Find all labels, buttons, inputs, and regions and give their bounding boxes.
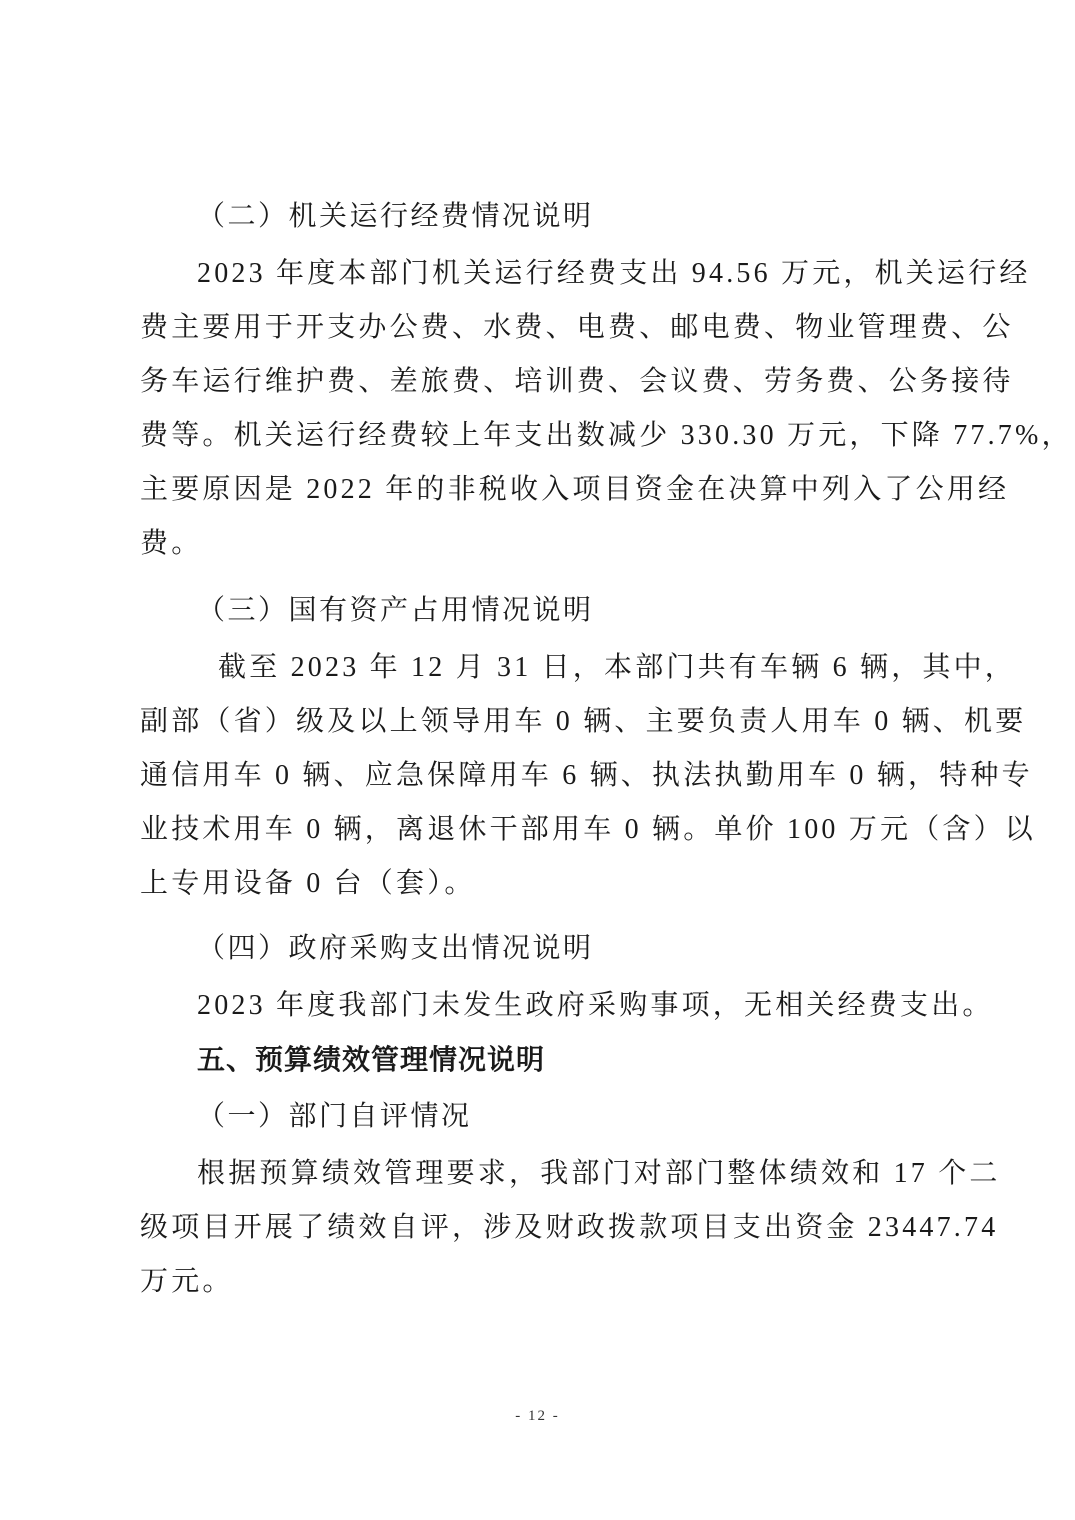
section-heading-operating-expenses: （二）机关运行经费情况说明 bbox=[197, 199, 997, 233]
paragraph-line: 费主要用于开支办公费、水费、电费、邮电费、物业管理费、公 bbox=[140, 311, 940, 345]
paragraph-line: 2023 年度我部门未发生政府采购事项，无相关经费支出。 bbox=[197, 989, 997, 1023]
paragraph-line: 2023 年度本部门机关运行经费支出 94.56 万元，机关运行经 bbox=[197, 257, 997, 291]
paragraph-line: 截至 2023 年 12 月 31 日，本部门共有车辆 6 辆，其中， bbox=[218, 651, 1018, 685]
document-page: （二）机关运行经费情况说明 2023 年度本部门机关运行经费支出 94.56 万… bbox=[0, 0, 1075, 1520]
section-heading-government-procurement: （四）政府采购支出情况说明 bbox=[197, 931, 997, 965]
paragraph-line: 万元。 bbox=[140, 1265, 940, 1299]
section-heading-self-evaluation: （一）部门自评情况 bbox=[197, 1099, 997, 1133]
paragraph-line: 副部（省）级及以上领导用车 0 辆、主要负责人用车 0 辆、机要 bbox=[140, 705, 940, 739]
main-heading-performance-management: 五、预算绩效管理情况说明 bbox=[197, 1043, 997, 1077]
section-heading-state-assets: （三）国有资产占用情况说明 bbox=[197, 593, 997, 627]
paragraph-line: 业技术用车 0 辆，离退休干部用车 0 辆。单价 100 万元（含）以 bbox=[140, 813, 940, 847]
paragraph-line: 主要原因是 2022 年的非税收入项目资金在决算中列入了公用经 bbox=[140, 473, 940, 507]
paragraph-line: 费等。机关运行经费较上年支出数减少 330.30 万元，下降 77.7%， bbox=[140, 419, 940, 453]
paragraph-line: 通信用车 0 辆、应急保障用车 6 辆、执法执勤用车 0 辆，特种专 bbox=[140, 759, 940, 793]
paragraph-line: 根据预算绩效管理要求，我部门对部门整体绩效和 17 个二 bbox=[197, 1157, 997, 1191]
paragraph-line: 上专用设备 0 台（套）。 bbox=[140, 867, 940, 901]
page-number: - 12 - bbox=[0, 1408, 1075, 1425]
paragraph-line: 务车运行维护费、差旅费、培训费、会议费、劳务费、公务接待 bbox=[140, 365, 940, 399]
paragraph-line: 费。 bbox=[140, 527, 940, 561]
paragraph-line: 级项目开展了绩效自评，涉及财政拨款项目支出资金 23447.74 bbox=[140, 1211, 940, 1245]
